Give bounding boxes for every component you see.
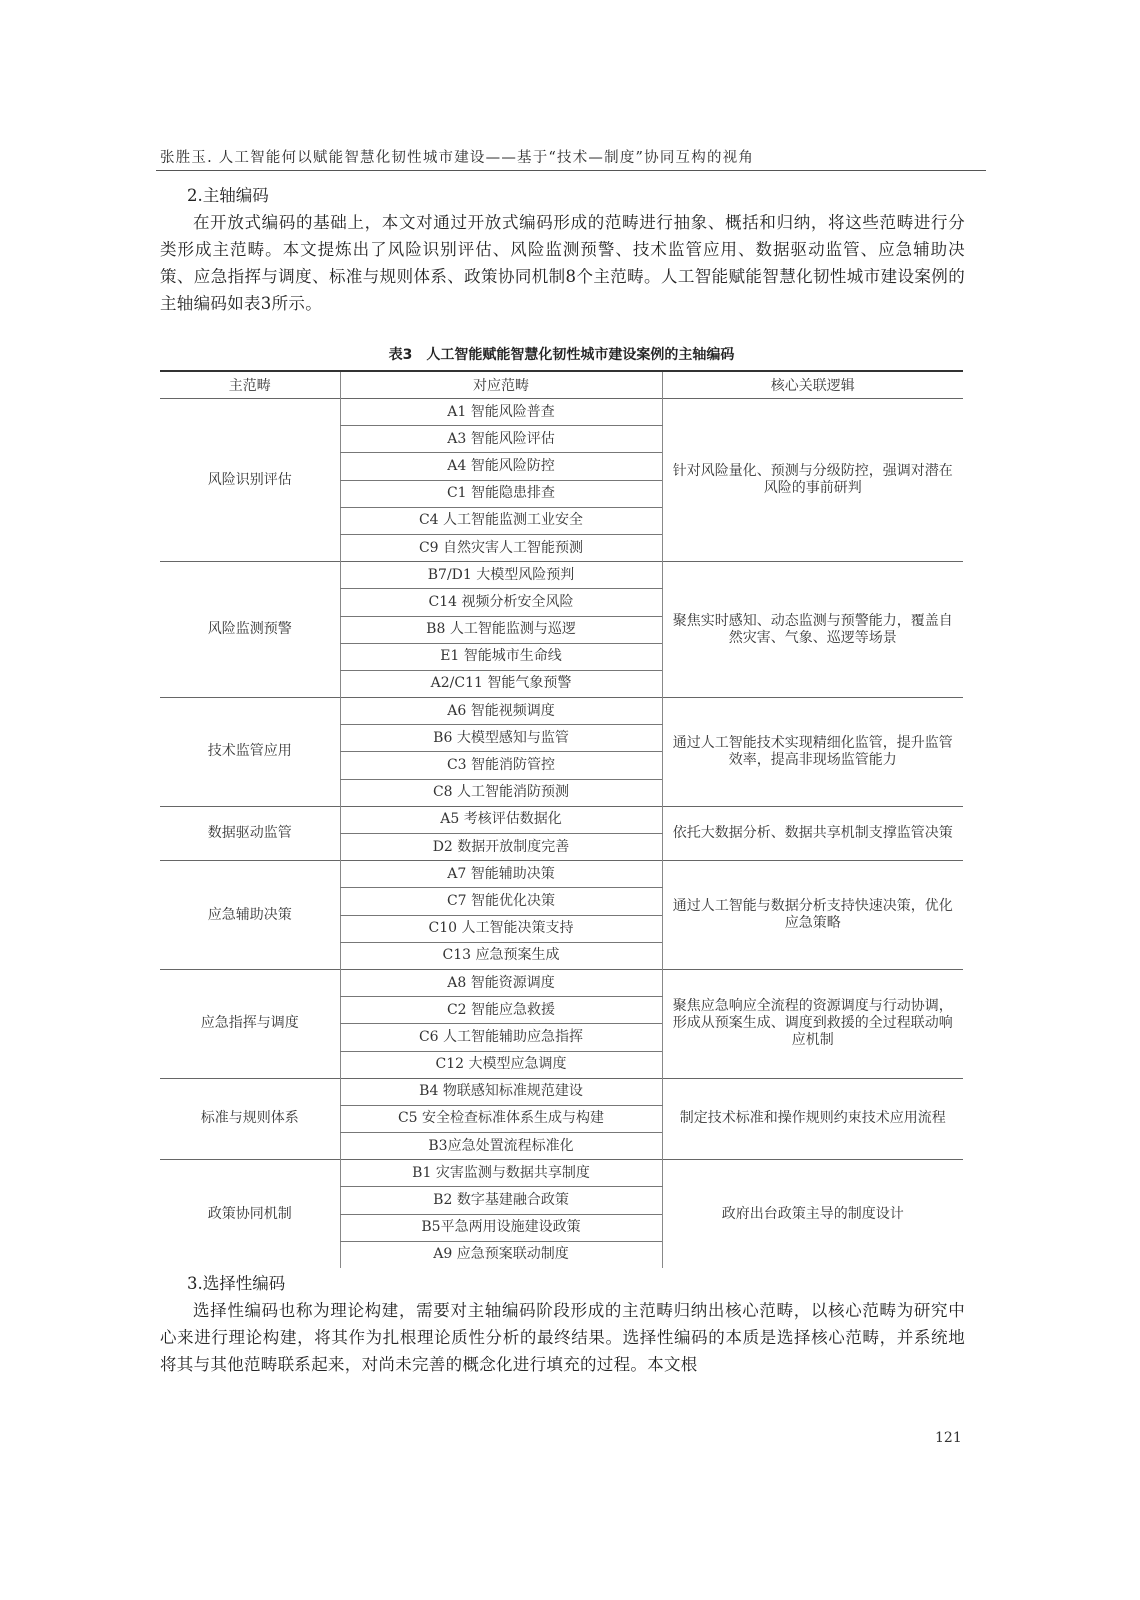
sub-category-cell: A8 智能资源调度 xyxy=(340,969,662,996)
sub-category-cell: C8 人工智能消防预测 xyxy=(340,779,662,806)
sub-category-cell: B8 人工智能监测与巡逻 xyxy=(340,616,662,643)
sub-category-cell: C12 大模型应急调度 xyxy=(340,1051,662,1078)
sub-category-cell: A1 智能风险普查 xyxy=(340,399,662,426)
sub-category-cell: D2 数据开放制度完善 xyxy=(340,834,662,861)
axial-coding-table: 主范畴 对应范畴 核心关联逻辑 风险识别评估A1 智能风险普查针对风险量化、预测… xyxy=(160,370,963,1268)
sub-category-cell: A5 考核评估数据化 xyxy=(340,806,662,833)
sub-category-cell: C7 智能优化决策 xyxy=(340,888,662,915)
sub-category-cell: C6 人工智能辅助应急指挥 xyxy=(340,1024,662,1051)
core-logic-cell: 聚焦应急响应全流程的资源调度与行动协调，形成从预案生成、调度到救援的全过程联动响… xyxy=(662,969,963,1078)
table-body: 风险识别评估A1 智能风险普查针对风险量化、预测与分级防控，强调对潜在风险的事前… xyxy=(160,399,963,1269)
header-sub-category: 对应范畴 xyxy=(340,371,662,399)
page-number: 121 xyxy=(935,1430,962,1446)
core-logic-cell: 依托大数据分析、数据共享机制支撑监管决策 xyxy=(662,806,963,860)
sub-category-cell: B1 灾害监测与数据共享制度 xyxy=(340,1160,662,1187)
table-row: 应急指挥与调度A8 智能资源调度聚焦应急响应全流程的资源调度与行动协调，形成从预… xyxy=(160,969,963,996)
table-row: 数据驱动监管A5 考核评估数据化依托大数据分析、数据共享机制支撑监管决策 xyxy=(160,806,963,833)
core-logic-cell: 政府出台政策主导的制度设计 xyxy=(662,1160,963,1268)
sub-category-cell: A6 智能视频调度 xyxy=(340,698,662,725)
main-category-cell: 应急辅助决策 xyxy=(160,861,340,970)
table-row: 风险监测预警B7/D1 大模型风险预判聚焦实时感知、动态监测与预警能力，覆盖自然… xyxy=(160,562,963,589)
core-logic-cell: 聚焦实时感知、动态监测与预警能力，覆盖自然灾害、气象、巡逻等场景 xyxy=(662,562,963,698)
main-category-cell: 数据驱动监管 xyxy=(160,806,340,860)
sub-category-cell: C3 智能消防管控 xyxy=(340,752,662,779)
sub-category-cell: C5 安全检查标准体系生成与构建 xyxy=(340,1105,662,1132)
core-logic-cell: 制定技术标准和操作规则约束技术应用流程 xyxy=(662,1078,963,1160)
main-category-cell: 应急指挥与调度 xyxy=(160,969,340,1078)
core-logic-cell: 通过人工智能与数据分析支持快速决策，优化应急策略 xyxy=(662,861,963,970)
sub-category-cell: A7 智能辅助决策 xyxy=(340,861,662,888)
sub-category-cell: B5平急两用设施建设政策 xyxy=(340,1214,662,1241)
section-heading-axial-coding: 2.主轴编码 xyxy=(187,182,269,206)
main-category-cell: 技术监管应用 xyxy=(160,698,340,807)
table-caption: 表3 人工智能赋能智慧化韧性城市建设案例的主轴编码 xyxy=(160,344,963,364)
main-category-cell: 风险识别评估 xyxy=(160,399,340,562)
header-core-logic: 核心关联逻辑 xyxy=(662,371,963,399)
paragraph-axial-coding: 在开放式编码的基础上，本文对通过开放式编码形成的范畴进行抽象、概括和归纳，将这些… xyxy=(160,209,965,317)
table-row: 应急辅助决策A7 智能辅助决策通过人工智能与数据分析支持快速决策，优化应急策略 xyxy=(160,861,963,888)
sub-category-cell: A3 智能风险评估 xyxy=(340,426,662,453)
main-category-cell: 风险监测预警 xyxy=(160,562,340,698)
sub-category-cell: C1 智能隐患排查 xyxy=(340,480,662,507)
sub-category-cell: C4 人工智能监测工业安全 xyxy=(340,507,662,534)
sub-category-cell: C2 智能应急救援 xyxy=(340,997,662,1024)
paragraph-selective-coding: 选择性编码也称为理论构建，需要对主轴编码阶段形成的主范畴归纳出核心范畴，以核心范… xyxy=(160,1297,965,1378)
sub-category-cell: B2 数字基建融合政策 xyxy=(340,1187,662,1214)
sub-category-cell: C14 视频分析安全风险 xyxy=(340,589,662,616)
sub-category-cell: A2/C11 智能气象预警 xyxy=(340,670,662,697)
main-category-cell: 政策协同机制 xyxy=(160,1160,340,1268)
sub-category-cell: C10 人工智能决策支持 xyxy=(340,915,662,942)
header-main-category: 主范畴 xyxy=(160,371,340,399)
sub-category-cell: C9 自然灾害人工智能预测 xyxy=(340,534,662,561)
table-row: 技术监管应用A6 智能视频调度通过人工智能技术实现精细化监管，提升监管效率，提高… xyxy=(160,698,963,725)
header-rule xyxy=(156,170,986,171)
sub-category-cell: E1 智能城市生命线 xyxy=(340,643,662,670)
table-row: 标准与规则体系B4 物联感知标准规范建设制定技术标准和操作规则约束技术应用流程 xyxy=(160,1078,963,1105)
core-logic-cell: 针对风险量化、预测与分级防控，强调对潜在风险的事前研判 xyxy=(662,399,963,562)
sub-category-cell: B6 大模型感知与监管 xyxy=(340,725,662,752)
sub-category-cell: C13 应急预案生成 xyxy=(340,942,662,969)
main-category-cell: 标准与规则体系 xyxy=(160,1078,340,1160)
core-logic-cell: 通过人工智能技术实现精细化监管，提升监管效率，提高非现场监管能力 xyxy=(662,698,963,807)
sub-category-cell: A9 应急预案联动制度 xyxy=(340,1241,662,1268)
table-row: 风险识别评估A1 智能风险普查针对风险量化、预测与分级防控，强调对潜在风险的事前… xyxy=(160,399,963,426)
sub-category-cell: A4 智能风险防控 xyxy=(340,453,662,480)
table-row: 政策协同机制B1 灾害监测与数据共享制度政府出台政策主导的制度设计 xyxy=(160,1160,963,1187)
section-heading-selective-coding: 3.选择性编码 xyxy=(187,1270,285,1294)
sub-category-cell: B7/D1 大模型风险预判 xyxy=(340,562,662,589)
table-header-row: 主范畴 对应范畴 核心关联逻辑 xyxy=(160,371,963,399)
running-head: 张胜玉. 人工智能何以赋能智慧化韧性城市建设——基于“技术—制度”协同互构的视角 xyxy=(160,146,970,167)
sub-category-cell: B4 物联感知标准规范建设 xyxy=(340,1078,662,1105)
sub-category-cell: B3应急处置流程标准化 xyxy=(340,1133,662,1160)
